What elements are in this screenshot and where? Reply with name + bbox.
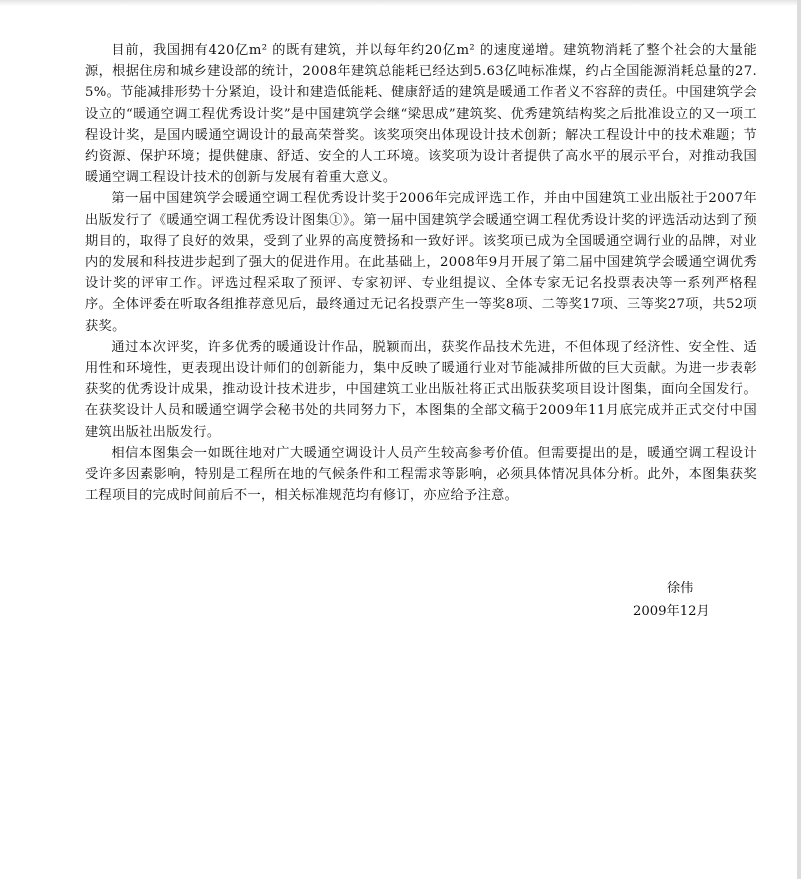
vertical-scrollbar[interactable] — [797, 0, 801, 879]
paragraph-2: 第一届中国建筑学会暖通空调工程优秀设计奖于2006年完成评选工作，并由中国建筑工… — [85, 188, 757, 336]
document-page: 目前，我国拥有420亿m² 的既有建筑，并以每年约20亿m² 的速度递增。建筑物… — [85, 40, 757, 506]
signature-author: 徐伟 — [667, 578, 693, 599]
paragraph-1: 目前，我国拥有420亿m² 的既有建筑，并以每年约20亿m² 的速度递增。建筑物… — [85, 40, 757, 188]
viewer-top-shadow — [0, 0, 801, 6]
paragraph-4: 相信本图集会一如既往地对广大暖通空调设计人员产生较高参考价值。但需要提出的是，暖… — [85, 443, 757, 507]
signature-date: 2009年12月 — [633, 601, 710, 622]
paragraph-3: 通过本次评奖，许多优秀的暖通设计作品，脱颖而出，获奖作品技术先进，不但体现了经济… — [85, 337, 757, 443]
